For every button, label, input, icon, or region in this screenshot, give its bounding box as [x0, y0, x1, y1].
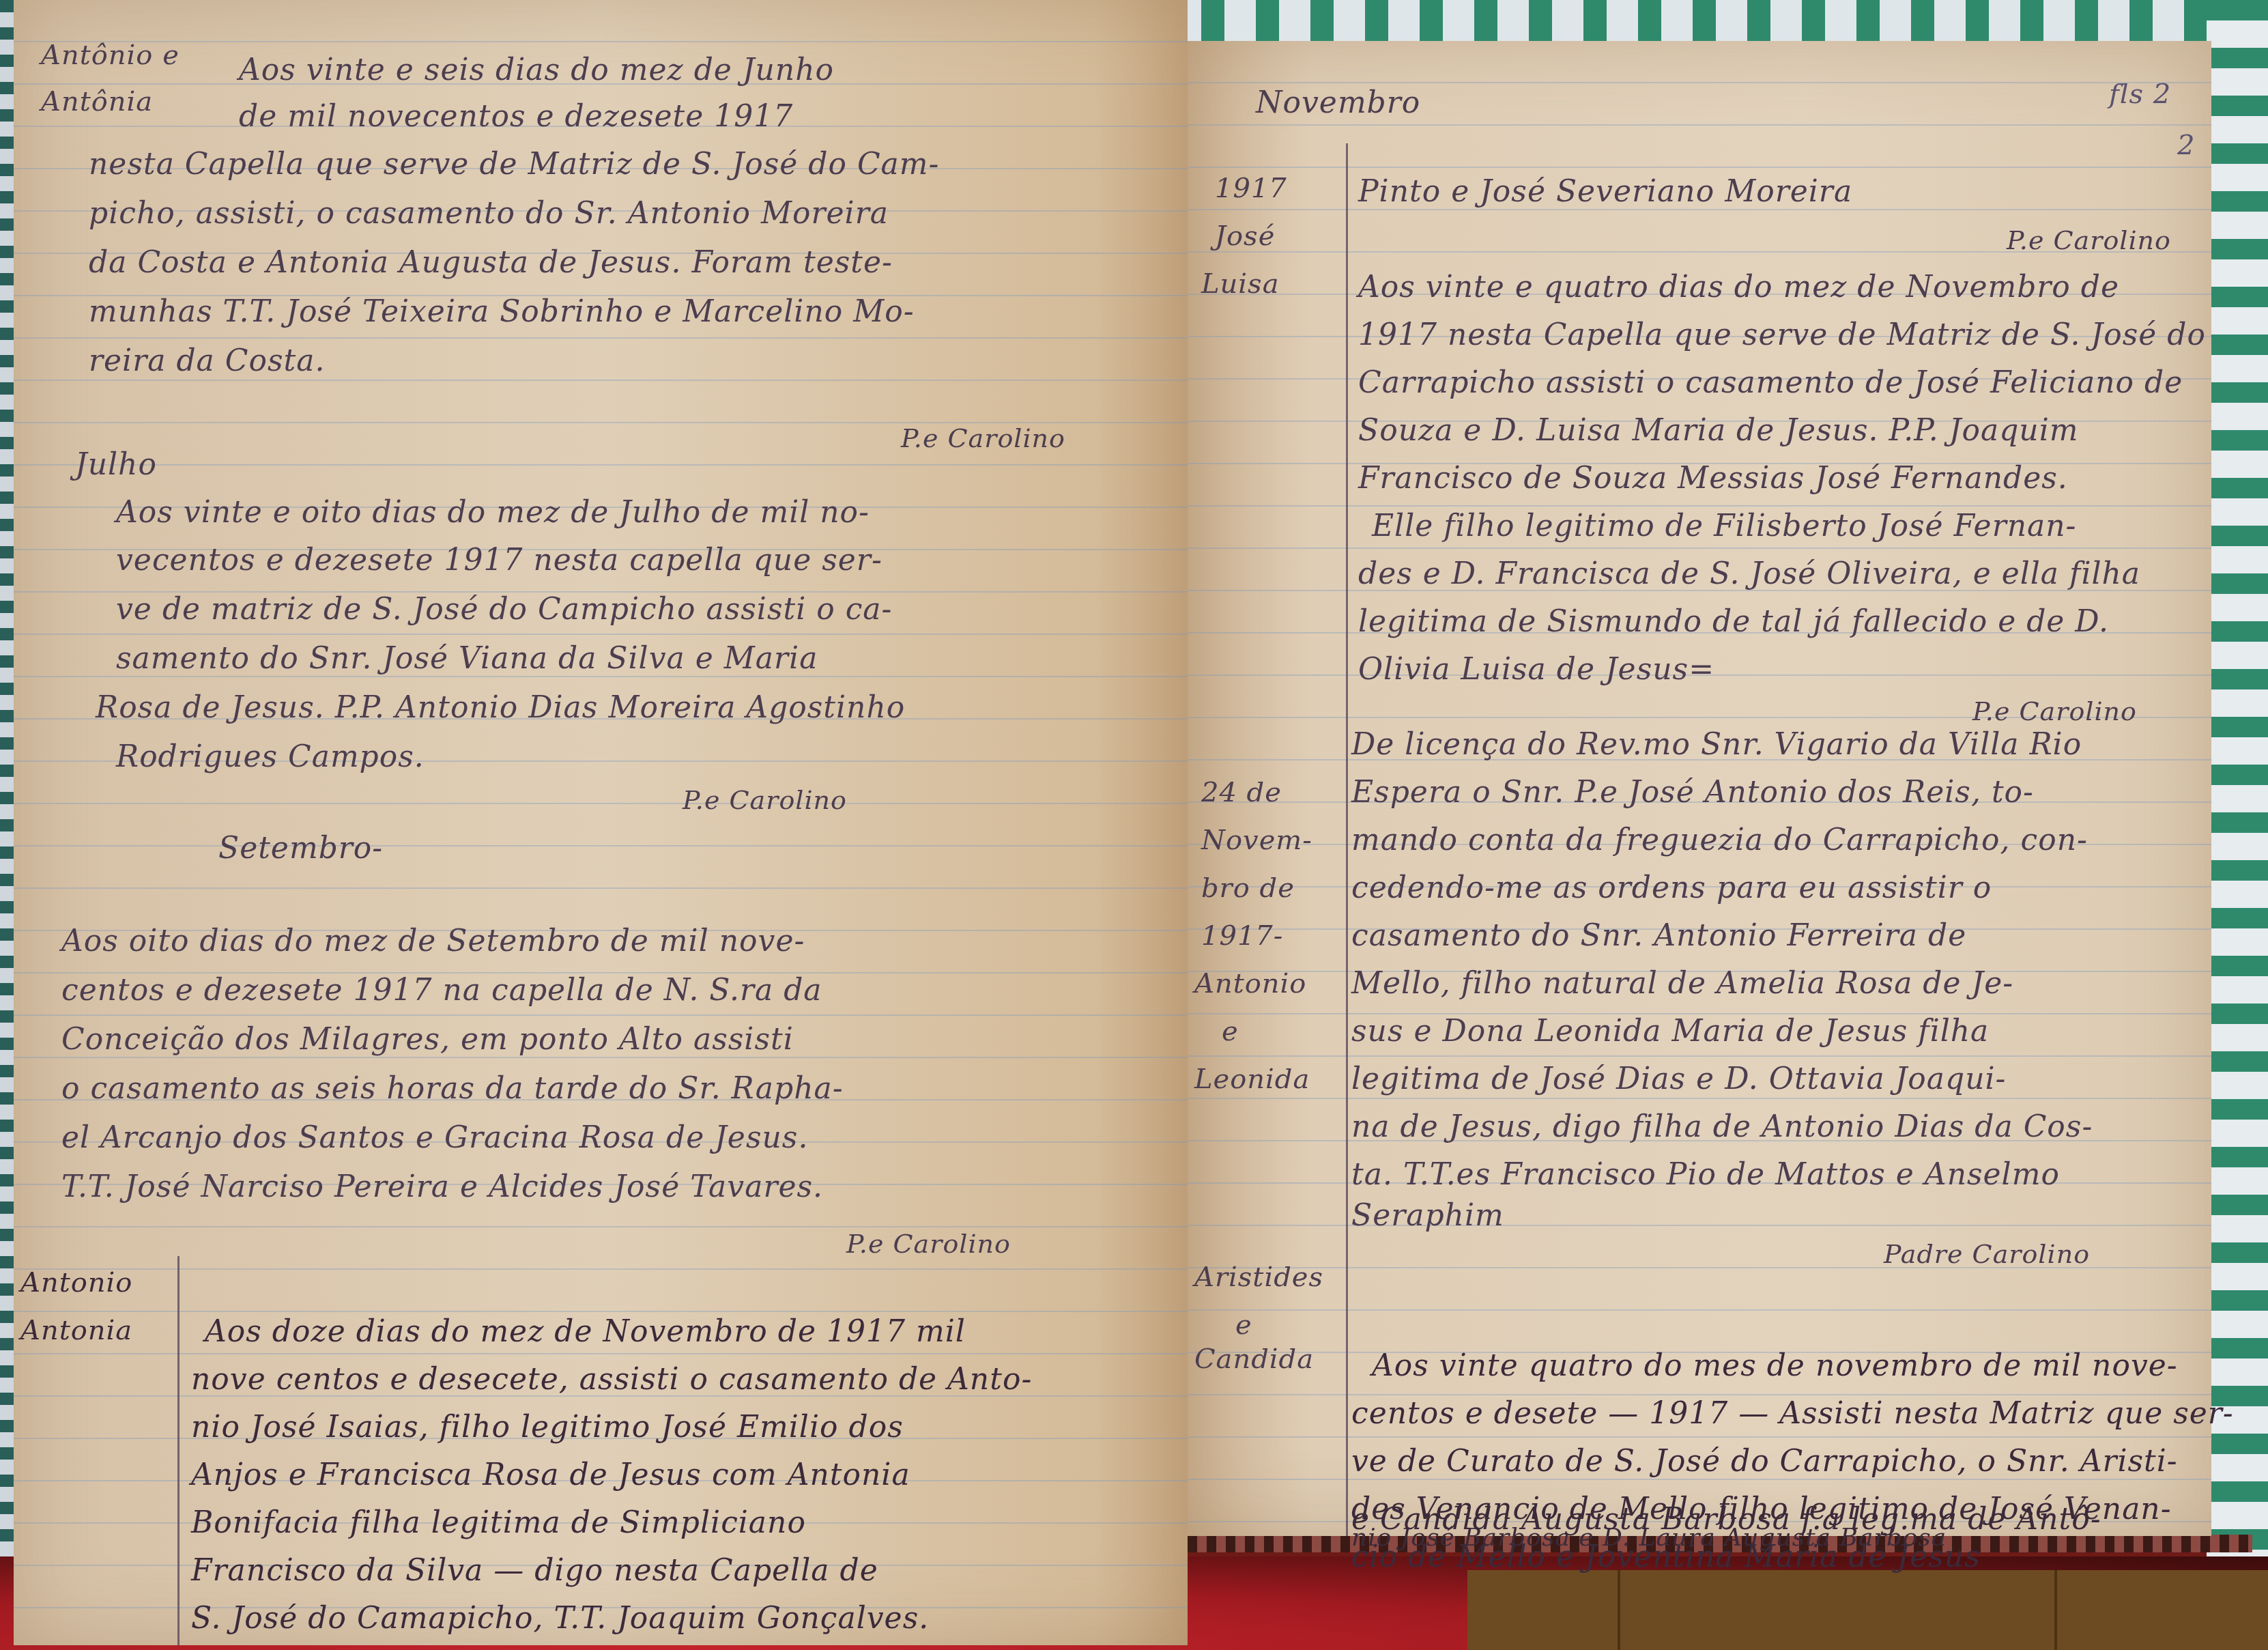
margin-date: Novem-: [1201, 819, 1312, 862]
entry-line: Aos vinte e oito dias do mez de Julho de…: [116, 492, 870, 534]
margin-date: 24 de: [1201, 771, 1282, 814]
priest-signature: P.e Carolino: [2007, 225, 2171, 255]
entry-line: sus e Dona Leonida Maria de Jesus filha: [1351, 1010, 1989, 1053]
entry-line: nesta Capella que serve de Matriz de S. …: [89, 143, 939, 186]
entry-line: centos e desete — 1917 — Assisti nesta M…: [1351, 1393, 2234, 1435]
month-heading: Julho: [75, 444, 157, 486]
entry-line: picho, assisti, o casamento do Sr. Anton…: [89, 193, 889, 235]
month-heading: Novembro: [1256, 82, 1420, 124]
margin-name: Antonio: [20, 1262, 132, 1304]
entry-line: des e D. Francisca de S. José Oliveira, …: [1358, 553, 2140, 595]
entry-line: Rodrigues Campos.: [116, 736, 425, 778]
entry-line: vecentos e dezesete 1917 nesta capella q…: [116, 539, 882, 582]
entry-line: Bonifacia filha legitima de Simpliciano: [191, 1502, 806, 1544]
entry-line: munhas T.T. José Teixeira Sobrinho e Mar…: [89, 291, 915, 333]
entry-line: Carrapicho assisti o casamento de José F…: [1358, 362, 2183, 404]
entry-line: 1917 nesta Capella que serve de Matriz d…: [1358, 314, 2206, 356]
entry-line: reira da Costa.: [89, 340, 325, 382]
entry-line: Francisco de Souza Messias José Fernande…: [1358, 457, 2068, 500]
entry-line: Aos vinte quatro do mes de novembro de m…: [1372, 1345, 2178, 1387]
entry-line: Mello, filho natural de Amelia Rosa de J…: [1351, 963, 2013, 1005]
entry-line: ta. T.T.es Francisco Pio de Mattos e Ans…: [1351, 1154, 2060, 1196]
entry-line: Aos vinte e seis dias do mez de Junho: [239, 49, 834, 91]
margin-note: 1917: [1215, 167, 1287, 210]
entry-line: na de Jesus, digo filha de Antonio Dias …: [1351, 1106, 2093, 1148]
entry-line: Aos oito dias do mez de Setembro de mil …: [61, 920, 805, 963]
entry-line: Espera o Snr. P.e José Antonio dos Reis,…: [1351, 771, 2034, 814]
entry-line: o casamento as seis horas da tarde do Sr…: [61, 1068, 844, 1110]
entry-line: Pinto e José Severiano Moreira: [1358, 171, 1852, 213]
entry-line: casamento do Snr. Antonio Ferreira de: [1351, 915, 1966, 957]
margin-date: bro de: [1201, 867, 1295, 909]
left-page: Antônio e Antônia Aos vinte e seis dias …: [14, 0, 1188, 1645]
entry-line: Francisco da Silva — digo nesta Capella …: [191, 1550, 878, 1592]
entry-line: samento do Snr. José Viana da Silva e Ma…: [116, 638, 818, 680]
entry-line: Souza e D. Luisa Maria de Jesus. P.P. Jo…: [1358, 410, 2078, 452]
entry-line: ve de Curato de S. José do Carrapicho, o…: [1351, 1440, 2178, 1483]
entry-line: legitima de José Dias e D. Ottavia Joaqu…: [1351, 1058, 2006, 1100]
margin-name: Leonida: [1194, 1058, 1310, 1100]
entry-line: T.T. José Narciso Pereira e Alcides José…: [61, 1166, 823, 1208]
margin-name: Luisa: [1201, 263, 1280, 305]
entry-line: legitima de Sismundo de tal já fallecido…: [1358, 601, 2109, 643]
entry-line: da Costa e Antonia Augusta de Jesus. For…: [89, 242, 893, 284]
month-heading: Setembro-: [218, 827, 383, 870]
entry-line: de mil novecentos e dezesete 1917: [239, 96, 793, 138]
entry-line: Anjos e Francisca Rosa de Jesus com Anto…: [191, 1454, 910, 1496]
priest-signature: P.e Carolino: [1972, 696, 2137, 726]
folio-number: fls 2: [2109, 79, 2171, 110]
entry-line: S. José do Camapicho, T.T. Joaquim Gonça…: [191, 1597, 929, 1640]
margin-name: Antônia: [41, 81, 153, 123]
entry-line: Aos vinte e quatro dias do mez de Novemb…: [1358, 266, 2119, 309]
priest-signature: P.e Carolino: [683, 785, 847, 815]
entry-line: cedendo-me as ordens para eu assistir o: [1351, 867, 1992, 909]
entry-line: Aos doze dias do mez de Novembro de 1917…: [205, 1311, 966, 1353]
entry-line: nio José Isaias, filho legitimo José Emi…: [191, 1406, 904, 1449]
floor-tiles: [1467, 1570, 2268, 1650]
margin-name: José: [1215, 215, 1275, 257]
margin-name: e: [1222, 1010, 1239, 1053]
entry-line: mando conta da freguezia do Carrapicho, …: [1351, 819, 2088, 862]
margin-name: Candida: [1194, 1338, 1314, 1380]
entry-line: Seraphim: [1351, 1195, 1504, 1237]
margin-name: Aristides: [1194, 1256, 1323, 1298]
priest-signature: Padre Carolino: [1884, 1239, 2090, 1269]
right-page: Novembro fls 2 2 1917 José Luisa Pinto e…: [1188, 41, 2211, 1536]
entry-line: ve de matriz de S. José do Campicho assi…: [116, 588, 892, 631]
priest-signature: P.e Carolino: [846, 1229, 1011, 1259]
entry-line: nove centos e desecete, assisti o casame…: [191, 1359, 1032, 1401]
margin-date: 1917-: [1201, 915, 1283, 957]
entry-line: Rosa de Jesus. P.P. Antonio Dias Moreira…: [96, 687, 905, 729]
entry-line: centos e dezesete 1917 na capella de N. …: [61, 969, 822, 1012]
entry-line: Conceição dos Milagres, em ponto Alto as…: [61, 1019, 794, 1061]
margin-name: Antônio e: [41, 34, 180, 76]
entry-line: nio José Barbosa e D. Laura Augusta Barb…: [1351, 1517, 1947, 1559]
entry-line: Olivia Luisa de Jesus=: [1358, 649, 1714, 691]
entry-line: De licença do Rev.mo Snr. Vigario da Vil…: [1351, 724, 2082, 766]
entry-line: el Arcanjo dos Santos e Gracina Rosa de …: [61, 1117, 808, 1159]
margin-rule: [177, 1256, 180, 1645]
margin-name: Antonia: [20, 1309, 132, 1352]
page-number: 2: [2177, 130, 2195, 161]
margin-name: Antonio: [1194, 963, 1306, 1005]
gingham-cloth-left: [0, 0, 14, 1650]
priest-signature: P.e Carolino: [901, 423, 1065, 453]
entry-line: Elle filho legitimo de Filisberto José F…: [1372, 505, 2076, 547]
margin-rule: [1346, 143, 1348, 1536]
